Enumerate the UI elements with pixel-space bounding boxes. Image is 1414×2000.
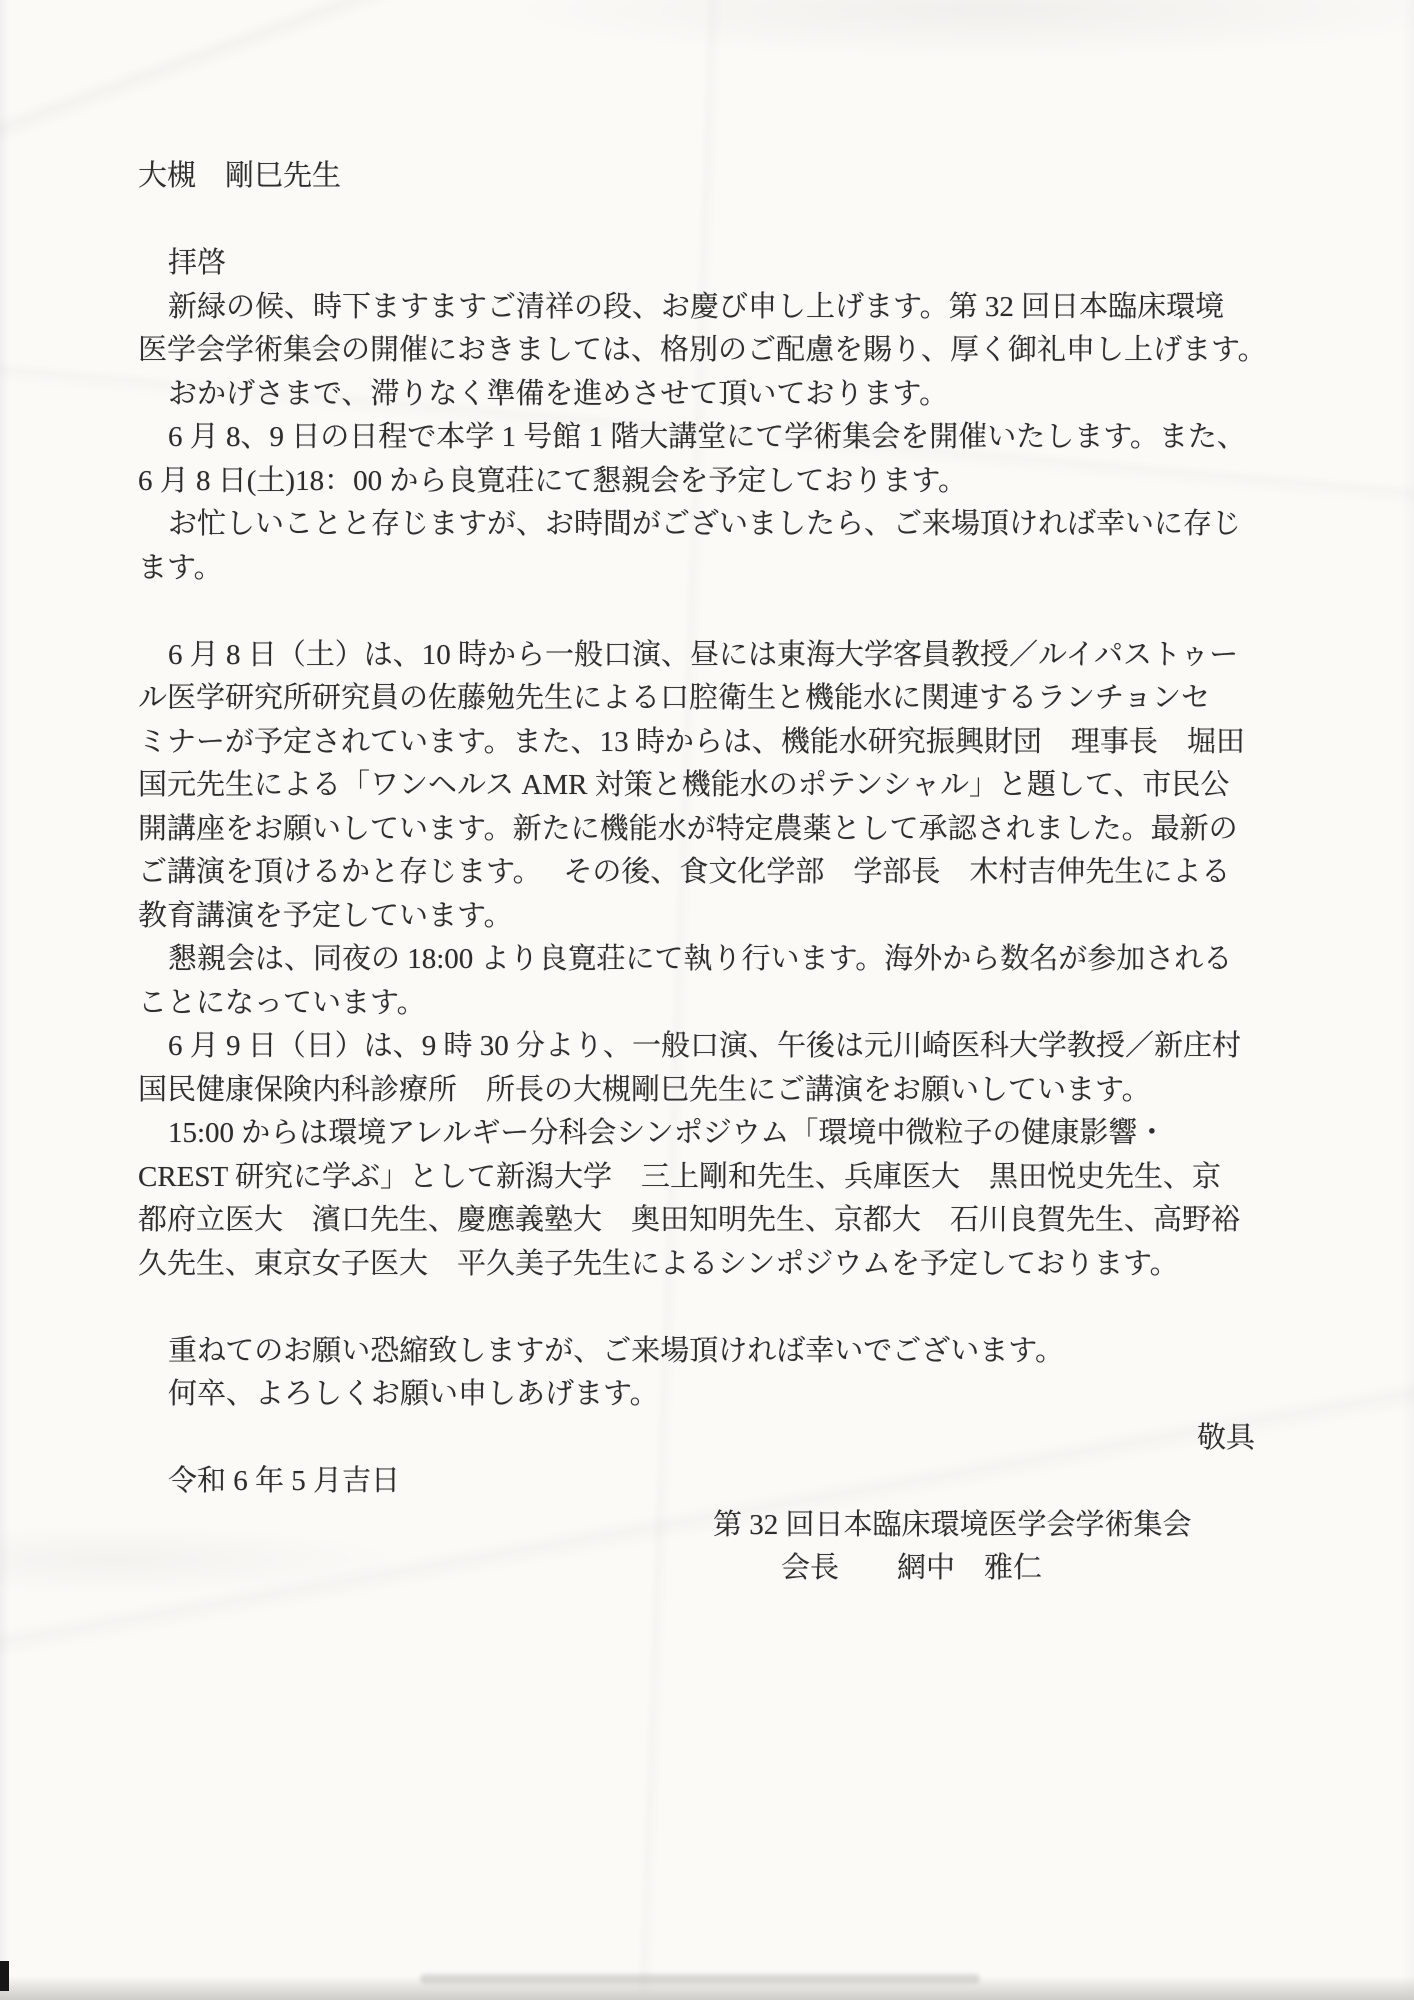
recipient-name-line: 大槻 剛巳先生 xyxy=(138,155,1274,199)
closing-word-line: 敬具 xyxy=(138,1417,1274,1461)
scanned-letter-page: 大槻 剛巳先生拝啓新緑の候、時下ますますご清祥の段、お慶び申し上げます。第 32… xyxy=(0,0,1414,2000)
signature-organization-line: 第 32 回日本臨床環境医学会学術集会 xyxy=(138,1504,1274,1548)
letter-body-line: ミナーが予定されています。また、13 時からは、機能水研究振興財団 理事長 堀田 xyxy=(138,721,1274,765)
blank-line xyxy=(138,590,1274,634)
letter-body-line: 15:00 からは環境アレルギー分科会シンポジウム「環境中微粒子の健康影響・ xyxy=(138,1112,1274,1156)
letter-body-line: おかげさまで、滞りなく準備を進めさせて頂いております。 xyxy=(138,373,1274,417)
letter-body-line: 国民健康保険内科診療所 所長の大槻剛巳先生にご講演をお願いしています。 xyxy=(138,1069,1274,1113)
scan-bottom-edge xyxy=(0,1976,1414,2000)
date-line: 令和 6 年 5 月吉日 xyxy=(138,1460,1274,1504)
salutation-line: 拝啓 xyxy=(138,242,1274,286)
letter-body-line: 教育講演を予定しています。 xyxy=(138,895,1274,939)
letter-body-line: ル医学研究所研究員の佐藤勉先生による口腔衛生と機能水に関連するランチョンセ xyxy=(138,677,1274,721)
letter-body-line: ます。 xyxy=(138,547,1274,591)
letter-body-line: 国元先生による「ワンヘルス AMR 対策と機能水のポテンシャル」と題して、市民公 xyxy=(138,764,1274,808)
letter-body-line: 6 月 8 日(土)18：00 から良寛荘にて懇親会を予定しております。 xyxy=(138,460,1274,504)
letter-body-line: 医学会学術集会の開催におきましては、格別のご配慮を賜り、厚く御礼申し上げます。 xyxy=(138,329,1274,373)
blank-line xyxy=(138,1286,1274,1330)
letter-body-line: 懇親会は、同夜の 18:00 より良寛荘にて執り行います。海外から数名が参加され… xyxy=(138,938,1274,982)
letter-body-line: 新緑の候、時下ますますご清祥の段、お慶び申し上げます。第 32 回日本臨床環境 xyxy=(138,286,1274,330)
letter-body-line: 都府立医大 濱口先生、慶應義塾大 奥田知明先生、京都大 石川良賀先生、高野裕 xyxy=(138,1199,1274,1243)
letter-body-line: 開講座をお願いしています。新たに機能水が特定農薬として承認されました。最新の xyxy=(138,808,1274,852)
letter-body-line: 何卒、よろしくお願い申しあげます。 xyxy=(138,1373,1274,1417)
scan-corner-artifact xyxy=(0,1961,9,1991)
letter-body-line: ご講演を頂けるかと存じます。 その後、食文化学部 学部長 木村吉伸先生による xyxy=(138,851,1274,895)
letter-body-line: CREST 研究に学ぶ」として新潟大学 三上剛和先生、兵庫医大 黒田悦史先生、京 xyxy=(138,1156,1274,1200)
letter-body-line: 6 月 9 日（日）は、9 時 30 分より、一般口演、午後は元川崎医科大学教授… xyxy=(138,1025,1274,1069)
letter-body-line: お忙しいことと存じますが、お時間がございましたら、ご来場頂ければ幸いに存じ xyxy=(138,503,1274,547)
letter-body-line: 6 月 8、9 日の日程で本学 1 号館 1 階大講堂にて学術集会を開催いたしま… xyxy=(138,416,1274,460)
letter-body-line: 久先生、東京女子医大 平久美子先生によるシンポジウムを予定しております。 xyxy=(138,1243,1274,1287)
blank-line xyxy=(138,199,1274,243)
letter-body: 大槻 剛巳先生拝啓新緑の候、時下ますますご清祥の段、お慶び申し上げます。第 32… xyxy=(138,155,1274,1591)
signature-president-line: 会長 網中 雅仁 xyxy=(138,1547,1274,1591)
letter-body-line: 重ねてのお願い恐縮致しますが、ご来場頂ければ幸いでございます。 xyxy=(138,1330,1274,1374)
letter-body-line: 6 月 8 日（土）は、10 時から一般口演、昼には東海大学客員教授／ルイパスト… xyxy=(138,634,1274,678)
letter-body-line: ことになっています。 xyxy=(138,982,1274,1026)
